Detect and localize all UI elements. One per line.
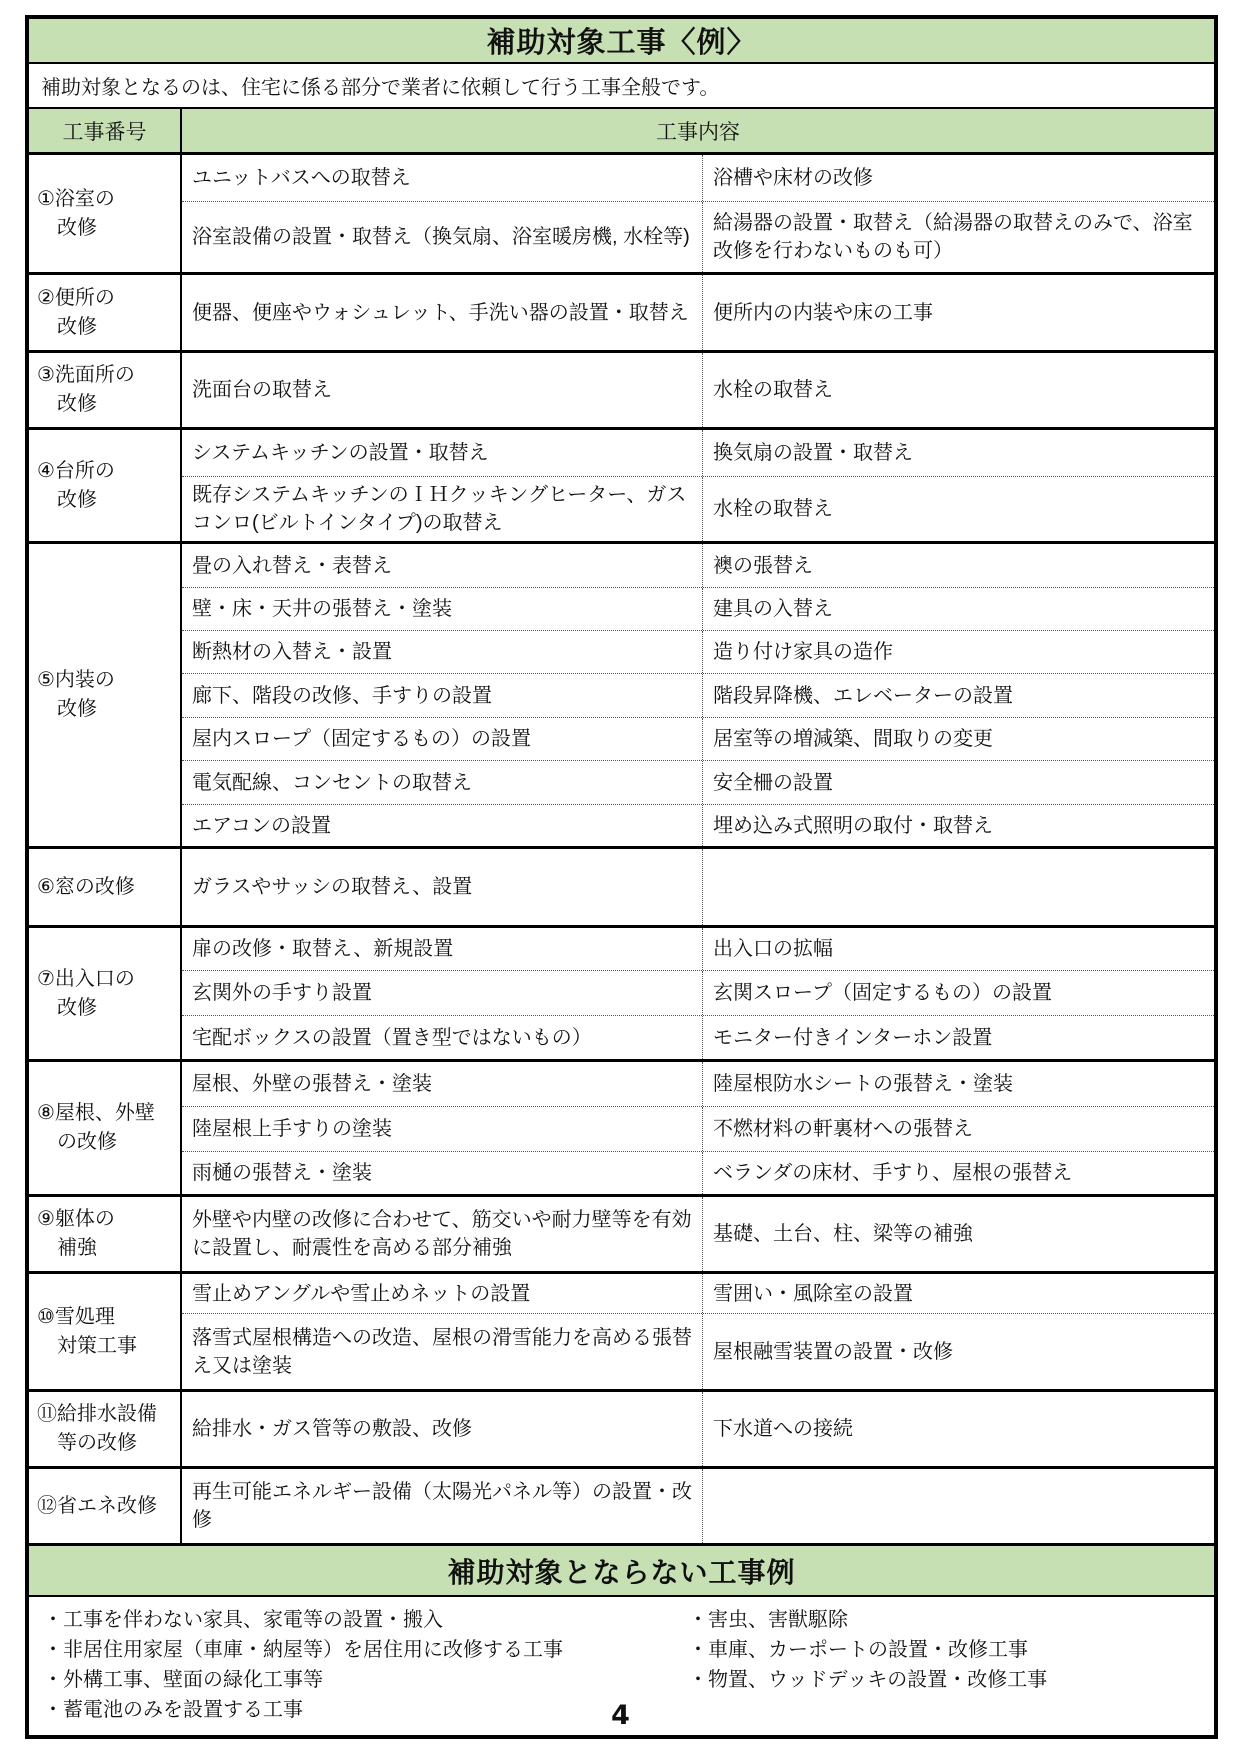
work-category-label: ⑫省エネ改修 xyxy=(29,1469,182,1543)
excluded-item: ・害虫、害獣駆除 xyxy=(688,1605,1208,1635)
work-item: ユニットバスへの取替え xyxy=(182,155,702,201)
excluded-item: ・車庫、カーポートの設置・改修工事 xyxy=(688,1635,1208,1665)
work-item: 建具の入替え xyxy=(702,588,1214,630)
work-item: 屋内スロープ（固定するもの）の設置 xyxy=(182,718,702,760)
work-item: 電気配線、コンセントの取替え xyxy=(182,761,702,804)
section-toilet: ②便所の 改修 便器、便座やウォシュレット、手洗い器の設置・取替え 便所内の内装… xyxy=(29,272,1214,350)
work-item: 便器、便座やウォシュレット、手洗い器の設置・取替え xyxy=(182,275,702,350)
work-item: 洗面台の取替え xyxy=(182,353,702,427)
section-energy-saving: ⑫省エネ改修 再生可能エネルギー設備（太陽光パネル等）の設置・改修 xyxy=(29,1466,1214,1543)
work-item: 既存システムキッチンのＩＨクッキングヒーター、ガスコンロ(ビルトインタイプ)の取… xyxy=(182,477,702,541)
work-category-label: ⑩雪処理 対策工事 xyxy=(29,1274,182,1389)
work-item: 下水道への接続 xyxy=(702,1392,1214,1466)
section-washroom: ③洗面所の 改修 洗面台の取替え 水栓の取替え xyxy=(29,350,1214,427)
work-item: 陸屋根防水シートの張替え・塗装 xyxy=(702,1062,1214,1106)
section-window: ⑥窓の改修 ガラスやサッシの取替え、設置 xyxy=(29,846,1214,925)
work-category-label: ⑤内装の 改修 xyxy=(29,544,182,846)
column-header-row: 工事番号 工事内容 xyxy=(29,109,1214,155)
subsidy-work-table: 補助対象工事〈例〉 補助対象となるのは、住宅に係る部分で業者に依頼して行う工事全… xyxy=(25,15,1218,1739)
excluded-item: ・工事を伴わない家具、家電等の設置・搬入 xyxy=(43,1605,688,1635)
work-item: 水栓の取替え xyxy=(702,353,1214,427)
work-item: 陸屋根上手すりの塗装 xyxy=(182,1107,702,1151)
work-item: ガラスやサッシの取替え、設置 xyxy=(182,849,702,925)
work-category-label: ⑪給排水設備 等の改修 xyxy=(29,1392,182,1466)
work-item: 水栓の取替え xyxy=(702,477,1214,541)
work-category-label: ⑥窓の改修 xyxy=(29,849,182,925)
work-category-label: ⑦出入口の 改修 xyxy=(29,928,182,1059)
work-item: 屋根融雪装置の設置・改修 xyxy=(702,1314,1214,1389)
page-number: 4 xyxy=(0,1700,1241,1731)
section-roof-wall: ⑧屋根、外壁 の改修 屋根、外壁の張替え・塗装 陸屋根防水シートの張替え・塗装 … xyxy=(29,1059,1214,1194)
work-item: 不燃材料の軒裏材への張替え xyxy=(702,1107,1214,1151)
excluded-item: ・非居住用家屋（車庫・納屋等）を居住用に改修する工事 xyxy=(43,1635,688,1665)
work-item: 屋根、外壁の張替え・塗装 xyxy=(182,1062,702,1106)
work-item: 畳の入れ替え・表替え xyxy=(182,544,702,587)
section-entrance: ⑦出入口の 改修 扉の改修・取替え、新規設置 出入口の拡幅 玄関外の手すり設置 … xyxy=(29,925,1214,1059)
work-item: 廊下、階段の改修、手すりの設置 xyxy=(182,674,702,717)
work-item: 便所内の内装や床の工事 xyxy=(702,275,1214,350)
section-frame-reinforcement: ⑨躯体の 補強 外壁や内壁の改修に合わせて、筋交いや耐力壁等を有効に設置し、耐震… xyxy=(29,1194,1214,1271)
work-item: ベランダの床材、手すり、屋根の張替え xyxy=(702,1152,1214,1194)
work-item: 雪囲い・風除室の設置 xyxy=(702,1274,1214,1313)
work-category-label: ①浴室の 改修 xyxy=(29,155,182,272)
column-header-work-content: 工事内容 xyxy=(182,109,1214,152)
work-item: 落雪式屋根構造への改造、屋根の滑雪能力を高める張替え又は塗装 xyxy=(182,1314,702,1389)
work-item: 玄関スロープ（固定するもの）の設置 xyxy=(702,971,1214,1015)
section-snow-measures: ⑩雪処理 対策工事 雪止めアングルや雪止めネットの設置 雪囲い・風除室の設置 落… xyxy=(29,1271,1214,1389)
work-item: 襖の張替え xyxy=(702,544,1214,587)
column-header-work-number: 工事番号 xyxy=(29,109,182,152)
excluded-item: ・外構工事、壁面の緑化工事等 xyxy=(43,1665,688,1695)
work-item: 再生可能エネルギー設備（太陽光パネル等）の設置・改修 xyxy=(182,1469,702,1543)
work-item: エアコンの設置 xyxy=(182,805,702,846)
work-item: 給排水・ガス管等の敷設、改修 xyxy=(182,1392,702,1466)
work-category-label: ⑧屋根、外壁 の改修 xyxy=(29,1062,182,1194)
work-item: 断熱材の入替え・設置 xyxy=(182,631,702,673)
work-item xyxy=(702,849,1214,925)
work-category-label: ⑨躯体の 補強 xyxy=(29,1197,182,1271)
work-item: 外壁や内壁の改修に合わせて、筋交いや耐力壁等を有効に設置し、耐震性を高める部分補… xyxy=(182,1197,702,1271)
work-item: 換気扇の設置・取替え xyxy=(702,430,1214,476)
work-item: 出入口の拡幅 xyxy=(702,928,1214,970)
work-item: 雨樋の張替え・塗装 xyxy=(182,1152,702,1194)
table-title: 補助対象工事〈例〉 xyxy=(29,19,1214,64)
work-item: システムキッチンの設置・取替え xyxy=(182,430,702,476)
section-plumbing: ⑪給排水設備 等の改修 給排水・ガス管等の敷設、改修 下水道への接続 xyxy=(29,1389,1214,1466)
work-item: 扉の改修・取替え、新規設置 xyxy=(182,928,702,970)
work-item: 宅配ボックスの設置（置き型ではないもの） xyxy=(182,1016,702,1059)
work-item: 居室等の増減築、間取りの変更 xyxy=(702,718,1214,760)
work-item: 浴室設備の設置・取替え（換気扇、浴室暖房機, 水栓等) xyxy=(182,202,702,272)
work-item: 階段昇降機、エレベーターの設置 xyxy=(702,674,1214,717)
work-item: 給湯器の設置・取替え（給湯器の取替えのみで、浴室改修を行わないものも可） xyxy=(702,202,1214,272)
section-kitchen: ④台所の 改修 システムキッチンの設置・取替え 換気扇の設置・取替え 既存システ… xyxy=(29,427,1214,541)
table-subtitle: 補助対象となるのは、住宅に係る部分で業者に依頼して行う工事全般です。 xyxy=(29,64,1214,109)
work-item: 玄関外の手すり設置 xyxy=(182,971,702,1015)
work-item: 埋め込み式照明の取付・取替え xyxy=(702,805,1214,846)
section-bathroom: ①浴室の 改修 ユニットバスへの取替え 浴槽や床材の改修 浴室設備の設置・取替え… xyxy=(29,155,1214,272)
work-item xyxy=(702,1469,1214,1543)
work-item: モニター付きインターホン設置 xyxy=(702,1016,1214,1059)
work-item: 基礎、土台、柱、梁等の補強 xyxy=(702,1197,1214,1271)
work-category-label: ②便所の 改修 xyxy=(29,275,182,350)
document-page: 補助対象工事〈例〉 補助対象となるのは、住宅に係る部分で業者に依頼して行う工事全… xyxy=(0,0,1241,1755)
excluded-works-title: 補助対象とならない工事例 xyxy=(29,1543,1214,1597)
excluded-item: ・物置、ウッドデッキの設置・改修工事 xyxy=(688,1665,1208,1695)
section-interior: ⑤内装の 改修 畳の入れ替え・表替え 襖の張替え 壁・床・天井の張替え・塗装 建… xyxy=(29,541,1214,846)
work-category-label: ④台所の 改修 xyxy=(29,430,182,541)
work-item: 安全柵の設置 xyxy=(702,761,1214,804)
work-item: 雪止めアングルや雪止めネットの設置 xyxy=(182,1274,702,1313)
work-category-label: ③洗面所の 改修 xyxy=(29,353,182,427)
work-item: 浴槽や床材の改修 xyxy=(702,155,1214,201)
work-item: 壁・床・天井の張替え・塗装 xyxy=(182,588,702,630)
work-item: 造り付け家具の造作 xyxy=(702,631,1214,673)
